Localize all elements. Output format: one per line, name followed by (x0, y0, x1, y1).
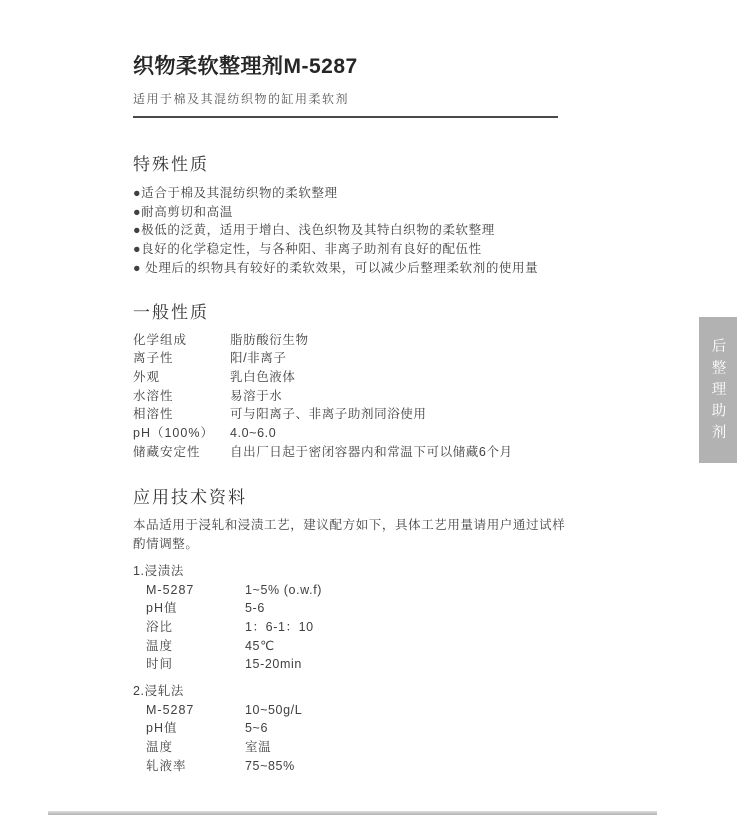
datasheet-page: { "header": { "title": "织物柔软整理剂M-5287", … (0, 0, 737, 820)
method-row: M-528710~50g/L (146, 701, 623, 720)
method-row-value: 1~5% (o.w.f) (245, 583, 322, 597)
property-value: 脂肪酸衍生物 (230, 333, 309, 347)
bullet-item: ●耐高剪切和高温 (133, 203, 623, 222)
method-row: 温度45℃ (146, 637, 623, 656)
method-row-value: 15-20min (245, 657, 302, 671)
method-dipping: 1.浸渍法 M-52871~5% (o.w.f) pH值5-6 浴比1：6-1：… (133, 562, 623, 674)
property-label: 外观 (133, 368, 230, 387)
property-value: 自出厂日起于密闭容器内和常温下可以储藏6个月 (230, 445, 513, 459)
special-properties-heading: 特殊性质 (133, 150, 623, 175)
method-row: pH值5-6 (146, 599, 623, 618)
property-row: 水溶性易溶于水 (133, 387, 623, 406)
property-label: pH（100%） (133, 424, 230, 443)
property-row: 化学组成脂肪酸衍生物 (133, 331, 623, 350)
method-row-label: pH值 (146, 599, 245, 618)
product-subtitle: 适用于棉及其混纺织物的缸用柔软剂 (133, 90, 623, 107)
property-label: 储藏安定性 (133, 443, 230, 462)
method-row-label: 时间 (146, 655, 245, 674)
bullet-item: ● 处理后的织物具有较好的柔软效果，可以减少后整理柔软剂的使用量 (133, 259, 623, 278)
general-properties-heading: 一般性质 (133, 298, 623, 323)
bullet-item: ●适合于棉及其混纺织物的柔软整理 (133, 184, 623, 203)
property-row: 外观乳白色液体 (133, 368, 623, 387)
method-table: M-528710~50g/L pH值5~6 温度室温 轧液率75~85% (146, 701, 623, 776)
method-row-value: 室温 (245, 740, 271, 754)
method-row-label: M-5287 (146, 581, 245, 600)
method-row-value: 5~6 (245, 721, 268, 735)
method-row-value: 1：6-1：10 (245, 620, 314, 634)
method-padding: 2.浸轧法 M-528710~50g/L pH值5~6 温度室温 轧液率75~8… (133, 682, 623, 776)
property-row: 离子性阳/非离子 (133, 349, 623, 368)
method-row: pH值5~6 (146, 719, 623, 738)
method-row-value: 5-6 (245, 601, 265, 615)
property-value: 可与阳离子、非离子助剂同浴使用 (230, 407, 427, 421)
method-name: 1.浸渍法 (133, 562, 623, 581)
title-block: 织物柔软整理剂M-5287 适用于棉及其混纺织物的缸用柔软剂 (133, 50, 623, 118)
method-row-label: 轧液率 (146, 757, 245, 776)
method-row-value: 45℃ (245, 639, 275, 653)
property-value: 乳白色液体 (230, 370, 296, 384)
section-application-data: 应用技术资料 本品适用于浸轧和浸渍工艺，建议配方如下，具体工艺用量请用户通过试样… (133, 483, 623, 775)
method-row: 轧液率75~85% (146, 757, 623, 776)
property-row: 储藏安定性自出厂日起于密闭容器内和常温下可以储藏6个月 (133, 443, 623, 462)
header-divider (133, 116, 558, 118)
property-value: 易溶于水 (230, 389, 282, 403)
property-value: 4.0~6.0 (230, 426, 276, 440)
section-general-properties: 一般性质 化学组成脂肪酸衍生物 离子性阳/非离子 外观乳白色液体 水溶性易溶于水… (133, 298, 623, 462)
property-label: 离子性 (133, 349, 230, 368)
method-row: 时间15-20min (146, 655, 623, 674)
document-content: 织物柔软整理剂M-5287 适用于棉及其混纺织物的缸用柔软剂 特殊性质 ●适合于… (133, 0, 623, 776)
method-row: M-52871~5% (o.w.f) (146, 581, 623, 600)
bullet-item: ●良好的化学稳定性，与各种阳、非离子助剂有良好的配伍性 (133, 240, 623, 259)
footer-divider (48, 811, 657, 815)
method-name: 2.浸轧法 (133, 682, 623, 701)
property-row: 相溶性可与阳离子、非离子助剂同浴使用 (133, 405, 623, 424)
general-properties-table: 化学组成脂肪酸衍生物 离子性阳/非离子 外观乳白色液体 水溶性易溶于水 相溶性可… (133, 331, 623, 462)
method-row-value: 75~85% (245, 759, 295, 773)
application-data-heading: 应用技术资料 (133, 483, 623, 508)
bullet-item: ●极低的泛黄，适用于增白、浅色织物及其特白织物的柔软整理 (133, 221, 623, 240)
property-value: 阳/非离子 (230, 351, 286, 365)
property-label: 化学组成 (133, 331, 230, 350)
method-row-label: 浴比 (146, 618, 245, 637)
method-row-label: pH值 (146, 719, 245, 738)
application-intro: 本品适用于浸轧和浸渍工艺，建议配方如下，具体工艺用量请用户通过试样酌情调整。 (133, 516, 570, 553)
category-edge-tab: 后整理助剂 (699, 317, 737, 463)
property-row: pH（100%）4.0~6.0 (133, 424, 623, 443)
method-row-label: M-5287 (146, 701, 245, 720)
method-row-label: 温度 (146, 637, 245, 656)
method-row-label: 温度 (146, 738, 245, 757)
method-row: 温度室温 (146, 738, 623, 757)
method-row-value: 10~50g/L (245, 703, 302, 717)
method-table: M-52871~5% (o.w.f) pH值5-6 浴比1：6-1：10 温度4… (146, 581, 623, 675)
product-title: 织物柔软整理剂M-5287 (133, 50, 623, 80)
method-row: 浴比1：6-1：10 (146, 618, 623, 637)
property-label: 相溶性 (133, 405, 230, 424)
property-label: 水溶性 (133, 387, 230, 406)
section-special-properties: 特殊性质 ●适合于棉及其混纺织物的柔软整理 ●耐高剪切和高温 ●极低的泛黄，适用… (133, 150, 623, 278)
special-properties-list: ●适合于棉及其混纺织物的柔软整理 ●耐高剪切和高温 ●极低的泛黄，适用于增白、浅… (133, 184, 623, 278)
